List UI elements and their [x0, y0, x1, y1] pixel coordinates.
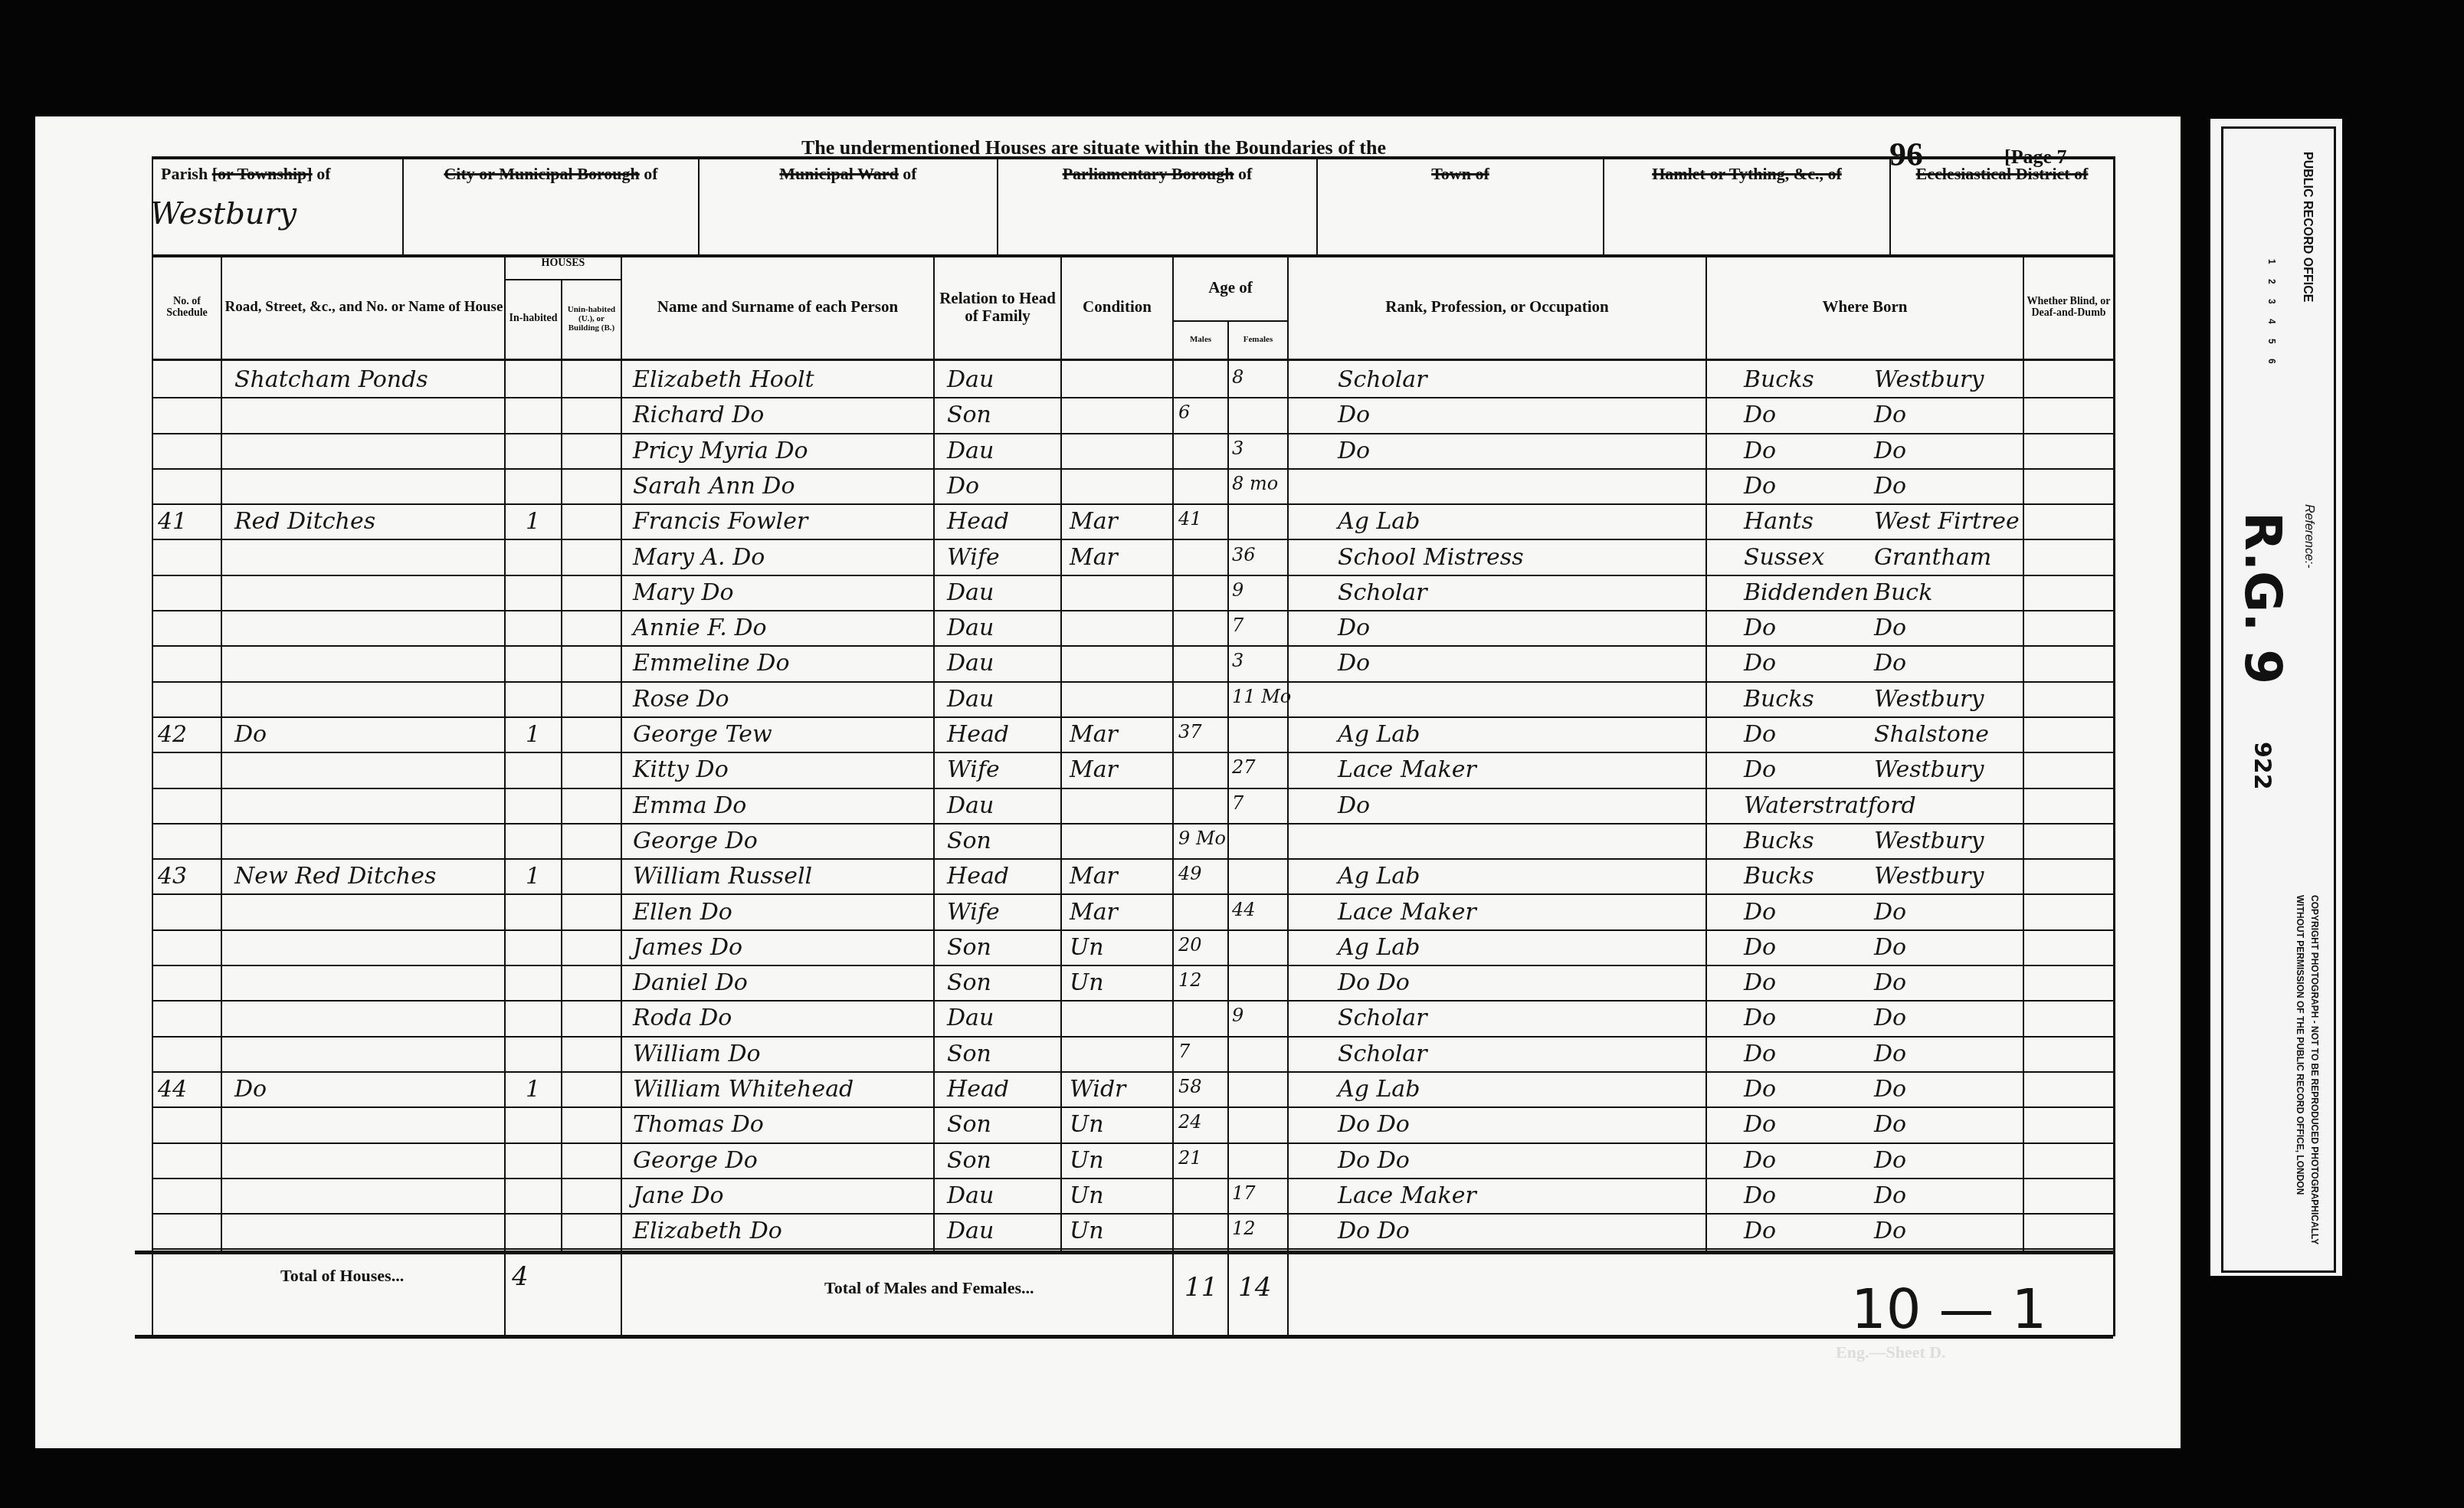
table-row: 42Do1George TewHeadMar37Ag LabDoShalston… [35, 718, 2127, 755]
born-county-cell: Do [1744, 721, 1776, 748]
female-age-cell: 3 [1232, 650, 1243, 671]
born-county-cell: Bucks [1744, 366, 1814, 393]
table-row: 44Do1William WhiteheadHeadWidr58Ag LabDo… [35, 1073, 2127, 1110]
relation-cell: Dau [947, 579, 994, 606]
name-cell: William Russell [633, 863, 812, 890]
divider [135, 1335, 2113, 1339]
name-cell: James Do [633, 934, 742, 961]
born-place-cell: Do [1874, 650, 1906, 677]
male-age-cell: 9 Mo [1178, 828, 1226, 849]
copyright-notice: COPYRIGHT PHOTOGRAPH - NOT TO BE REPRODU… [2292, 895, 2321, 1263]
name-cell: Annie F. Do [633, 615, 767, 641]
condition-cell: Un [1070, 1218, 1104, 1244]
census-sheet: The undermentioned Houses are situate wi… [35, 116, 2181, 1448]
form-footer: Eng.—Sheet D. [1836, 1342, 1946, 1362]
occupation-cell: Scholar [1338, 1005, 1427, 1031]
occupation-cell: Ag Lab [1338, 934, 1420, 961]
name-cell: Ellen Do [633, 899, 732, 926]
name-cell: William Do [633, 1041, 761, 1067]
condition-cell: Mar [1070, 721, 1118, 748]
relation-cell: Head [947, 1076, 1009, 1103]
born-place-cell: Grantham [1874, 544, 1991, 571]
name-cell: Kitty Do [633, 756, 729, 783]
occupation-cell: Do [1338, 402, 1370, 428]
born-place-cell: Westbury [1874, 828, 1984, 854]
born-place-cell: Do [1874, 615, 1906, 641]
occupation-cell: Scholar [1338, 579, 1427, 606]
occupation-cell: Ag Lab [1338, 1076, 1420, 1103]
table-row: Kitty DoWifeMar27Lace MakerDoWestbury [35, 753, 2127, 790]
reference-strip: PUBLIC RECORD OFFICE 1 2 3 4 5 6 Referen… [2210, 119, 2342, 1276]
born-county-cell: Do [1744, 1111, 1776, 1138]
female-age-cell: 7 [1232, 792, 1243, 814]
name-cell: George Do [633, 828, 758, 854]
born-county-cell: Do [1744, 899, 1776, 926]
relation-cell: Head [947, 721, 1009, 748]
piece-ref: 922 [2249, 742, 2276, 790]
female-age-cell: 8 [1232, 366, 1243, 388]
condition-cell: Un [1070, 934, 1104, 961]
condition-cell: Mar [1070, 899, 1118, 926]
female-age-cell: 9 [1232, 1005, 1243, 1026]
table-row: James DoSonUn20Ag LabDoDo [35, 931, 2127, 968]
col-schedule: No. of Schedule [153, 257, 221, 357]
male-age-cell: 24 [1178, 1111, 1202, 1133]
total-persons-label: Total of Males and Females... [824, 1278, 1034, 1298]
female-age-cell: 27 [1232, 756, 1256, 778]
female-age-cell: 3 [1232, 438, 1243, 459]
inhabited-cell: 1 [526, 721, 540, 748]
born-county-cell: Sussex [1744, 544, 1824, 571]
condition-cell: Mar [1070, 863, 1118, 890]
born-county-cell: Bucks [1744, 863, 1814, 890]
relation-cell: Head [947, 863, 1009, 890]
born-county-cell: Do [1744, 1147, 1776, 1174]
born-place-cell: Shalstone [1874, 721, 1989, 748]
relation-cell: Wife [947, 544, 1000, 571]
inhabited-cell: 1 [526, 1076, 540, 1103]
name-cell: Emma Do [633, 792, 746, 819]
name-cell: Sarah Ann Do [633, 473, 795, 500]
born-county-cell: Biddenden [1744, 579, 1869, 606]
col-inhabited: In-habited [506, 280, 561, 357]
occupation-cell: Ag Lab [1338, 508, 1420, 535]
occupation-cell: Ag Lab [1338, 721, 1420, 748]
occupation-cell: Lace Maker [1338, 1182, 1476, 1209]
occupation-cell: School Mistress [1338, 544, 1524, 571]
name-cell: Pricy Myria Do [633, 438, 808, 464]
male-age-cell: 41 [1178, 508, 1202, 529]
female-age-cell: 9 [1232, 579, 1243, 601]
occupation-cell: Do [1338, 438, 1370, 464]
female-age-cell: 36 [1232, 544, 1256, 565]
relation-cell: Son [947, 1041, 991, 1067]
col-males: Males [1174, 322, 1227, 357]
born-place-cell: Do [1874, 1218, 1906, 1244]
col-occupation: Rank, Profession, or Occupation [1289, 257, 1705, 357]
male-age-cell: 21 [1178, 1147, 1202, 1169]
total-houses-label: Total of Houses... [280, 1266, 404, 1286]
table-row: Rose DoDau11 MoBucksWestbury [35, 683, 2127, 720]
name-cell: Francis Fowler [633, 508, 808, 535]
condition-cell: Un [1070, 969, 1104, 996]
relation-cell: Son [947, 1111, 991, 1138]
table-row: Ellen DoWifeMar44Lace MakerDoDo [35, 896, 2127, 933]
table-row: Richard DoSon6DoDoDo [35, 398, 2127, 435]
relation-cell: Son [947, 828, 991, 854]
born-place-cell: Do [1874, 934, 1906, 961]
boundary-town: Town of [1318, 156, 1603, 256]
relation-cell: Dau [947, 366, 994, 393]
name-cell: Elizabeth Do [633, 1218, 782, 1244]
relation-cell: Wife [947, 899, 1000, 926]
table-row: Annie F. DoDau7DoDoDo [35, 611, 2127, 648]
born-place-cell: Westbury [1874, 686, 1984, 713]
table-row: Roda DoDau9ScholarDoDo [35, 1002, 2127, 1038]
relation-cell: Do [947, 473, 979, 500]
scale-top: 1 2 3 4 5 6 [2266, 259, 2277, 370]
series-ref: R.G. 9 [2233, 512, 2292, 684]
occupation-cell: Lace Maker [1338, 899, 1476, 926]
total-houses-value: 4 [512, 1261, 529, 1292]
occupation-cell: Lace Maker [1338, 756, 1476, 783]
occupation-cell: Do Do [1338, 1147, 1410, 1174]
born-county-cell: Do [1744, 1218, 1776, 1244]
born-county-cell: Waterstratford [1744, 792, 1916, 819]
road-cell: Shatcham Ponds [234, 366, 428, 393]
born-county-cell: Do [1744, 1076, 1776, 1103]
born-place-cell: Do [1874, 402, 1906, 428]
male-age-cell: 49 [1178, 863, 1202, 884]
boundary-ecclesiastical: Ecclesiastical District of [1891, 156, 2113, 256]
name-cell: Roda Do [633, 1005, 732, 1031]
male-age-cell: 12 [1178, 969, 1202, 991]
occupation-cell: Ag Lab [1338, 863, 1420, 890]
born-place-cell: Do [1874, 438, 1906, 464]
table-row: 43New Red Ditches1William RussellHeadMar… [35, 860, 2127, 897]
born-county-cell: Do [1744, 756, 1776, 783]
condition-cell: Un [1070, 1111, 1104, 1138]
boundary-borough: City or Municipal Borough of [404, 156, 698, 256]
table-row: Elizabeth DoDauUn12Do DoDoDo [35, 1215, 2127, 1251]
table-row: Mary A. DoWifeMar36School MistressSussex… [35, 541, 2127, 578]
condition-cell: Mar [1070, 508, 1118, 535]
relation-cell: Son [947, 402, 991, 428]
born-place-cell: Do [1874, 1147, 1906, 1174]
table-row: George DoSon9 MoBucksWestbury [35, 824, 2127, 861]
born-place-cell: Buck [1874, 579, 1932, 606]
born-place-cell: Do [1874, 473, 1906, 500]
reference-label: Reference:- [2302, 504, 2315, 569]
col-born: Where Born [1707, 257, 2023, 357]
occupation-cell: Do [1338, 615, 1370, 641]
name-cell: Thomas Do [633, 1111, 764, 1138]
born-place-cell: Westbury [1874, 756, 1984, 783]
female-age-cell: 7 [1232, 615, 1243, 636]
road-cell: New Red Ditches [234, 863, 436, 890]
female-age-cell: 11 Mo [1232, 686, 1291, 707]
col-blind: Whether Blind, or Deaf-and-Dumb [2024, 257, 2113, 357]
relation-cell: Dau [947, 1182, 994, 1209]
table-row: Sarah Ann DoDo8 moDoDo [35, 470, 2127, 506]
occupation-cell: Scholar [1338, 366, 1427, 393]
relation-cell: Dau [947, 1218, 994, 1244]
male-age-cell: 6 [1178, 402, 1190, 423]
condition-cell: Mar [1070, 544, 1118, 571]
boundary-ward: Municipal Ward of [700, 156, 997, 256]
col-females: Females [1229, 322, 1287, 357]
total-males-value: 11 [1184, 1272, 1217, 1303]
table-row: Mary DoDau9ScholarBiddendenBuck [35, 576, 2127, 613]
male-age-cell: 20 [1178, 934, 1202, 956]
born-place-cell: West Firtree [1874, 508, 2020, 535]
boundary-hamlet: Hamlet or Tything, &c., of [1604, 156, 1889, 256]
born-county-cell: Bucks [1744, 686, 1814, 713]
born-place-cell: Do [1874, 969, 1906, 996]
occupation-cell: Do Do [1338, 1218, 1410, 1244]
condition-cell: Widr [1070, 1076, 1126, 1103]
born-place-cell: Do [1874, 899, 1906, 926]
col-road: Road, Street, &c., and No. or Name of Ho… [222, 257, 506, 357]
name-cell: William Whitehead [633, 1076, 854, 1103]
road-cell: Do [234, 721, 267, 748]
born-county-cell: Do [1744, 473, 1776, 500]
folio-note: 10 — 1 [1851, 1277, 2046, 1341]
name-cell: Daniel Do [633, 969, 748, 996]
name-cell: Mary Do [633, 579, 734, 606]
relation-cell: Son [947, 969, 991, 996]
table-row: Shatcham PondsElizabeth HooltDau8Scholar… [35, 363, 2127, 400]
schedule-cell: 42 [158, 721, 187, 748]
name-cell: George Do [633, 1147, 758, 1174]
schedule-cell: 44 [158, 1076, 187, 1103]
born-county-cell: Do [1744, 615, 1776, 641]
female-age-cell: 44 [1232, 899, 1256, 920]
female-age-cell: 8 mo [1232, 473, 1278, 494]
born-county-cell: Do [1744, 1041, 1776, 1067]
name-cell: Rose Do [633, 686, 729, 713]
occupation-cell: Scholar [1338, 1041, 1427, 1067]
schedule-cell: 43 [158, 863, 187, 890]
inhabited-cell: 1 [526, 508, 540, 535]
born-place-cell: Do [1874, 1041, 1906, 1067]
inhabited-cell: 1 [526, 863, 540, 890]
born-county-cell: Do [1744, 934, 1776, 961]
condition-cell: Mar [1070, 756, 1118, 783]
schedule-cell: 41 [158, 508, 187, 535]
relation-cell: Dau [947, 686, 994, 713]
condition-cell: Un [1070, 1182, 1104, 1209]
col-age: Age of [1174, 257, 1287, 319]
relation-cell: Dau [947, 792, 994, 819]
col-uninhabited: Unin-habited (U.), or Building (B.) [562, 280, 621, 357]
male-age-cell: 37 [1178, 721, 1202, 743]
relation-cell: Son [947, 934, 991, 961]
road-cell: Do [234, 1076, 267, 1103]
name-cell: Richard Do [633, 402, 764, 428]
total-females-value: 14 [1238, 1272, 1271, 1303]
born-county-cell: Do [1744, 438, 1776, 464]
table-row: Jane DoDauUn17Lace MakerDoDo [35, 1179, 2127, 1216]
name-cell: Jane Do [633, 1182, 724, 1209]
table-row: William DoSon7ScholarDoDo [35, 1038, 2127, 1074]
male-age-cell: 58 [1178, 1076, 1202, 1097]
born-county-cell: Do [1744, 1005, 1776, 1031]
relation-cell: Dau [947, 650, 994, 677]
table-row: Emmeline DoDau3DoDoDo [35, 647, 2127, 684]
born-county-cell: Do [1744, 650, 1776, 677]
relation-cell: Dau [947, 438, 994, 464]
road-cell: Red Ditches [234, 508, 375, 535]
born-place-cell: Westbury [1874, 366, 1984, 393]
born-county-cell: Hants [1744, 508, 1814, 535]
born-place-cell: Do [1874, 1182, 1906, 1209]
name-cell: Elizabeth Hoolt [633, 366, 814, 393]
table-row: Thomas DoSonUn24Do DoDoDo [35, 1108, 2127, 1145]
boundary-parliamentary: Parliamentary Borough of [998, 156, 1316, 256]
female-age-cell: 17 [1232, 1182, 1256, 1204]
born-county-cell: Do [1744, 969, 1776, 996]
female-age-cell: 12 [1232, 1218, 1256, 1239]
table-row: Daniel DoSonUn12Do DoDoDo [35, 966, 2127, 1003]
occupation-cell: Do [1338, 650, 1370, 677]
born-place-cell: Do [1874, 1005, 1906, 1031]
condition-cell: Un [1070, 1147, 1104, 1174]
relation-cell: Son [947, 1147, 991, 1174]
relation-cell: Wife [947, 756, 1000, 783]
divider [152, 359, 2113, 361]
born-county-cell: Do [1744, 1182, 1776, 1209]
born-place-cell: Do [1874, 1111, 1906, 1138]
occupation-cell: Do Do [1338, 1111, 1410, 1138]
name-cell: Mary A. Do [633, 544, 765, 571]
occupation-cell: Do Do [1338, 969, 1410, 996]
name-cell: Emmeline Do [633, 650, 789, 677]
relation-cell: Dau [947, 1005, 994, 1031]
table-row: George DoSonUn21Do DoDoDo [35, 1144, 2127, 1181]
born-county-cell: Bucks [1744, 828, 1814, 854]
col-condition: Condition [1062, 257, 1172, 357]
table-row: Pricy Myria DoDau3DoDoDo [35, 434, 2127, 471]
table-row: 41Red Ditches1Francis FowlerHeadMar41Ag … [35, 505, 2127, 542]
born-place-cell: Do [1874, 1076, 1906, 1103]
occupation-cell: Do [1338, 792, 1370, 819]
col-houses: HOUSES [506, 257, 621, 279]
col-relation: Relation to Head of Family [935, 257, 1060, 357]
office-label: PUBLIC RECORD OFFICE [2300, 152, 2314, 302]
relation-cell: Head [947, 508, 1009, 535]
parish-value: Westbury [150, 196, 297, 231]
born-place-cell: Westbury [1874, 863, 1984, 890]
born-county-cell: Do [1744, 402, 1776, 428]
col-name: Name and Surname of each Person [622, 257, 933, 357]
relation-cell: Dau [947, 615, 994, 641]
male-age-cell: 7 [1178, 1041, 1190, 1062]
table-row: Emma DoDau7DoWaterstratford [35, 789, 2127, 826]
row-divider [153, 1248, 2113, 1250]
name-cell: George Tew [633, 721, 772, 748]
